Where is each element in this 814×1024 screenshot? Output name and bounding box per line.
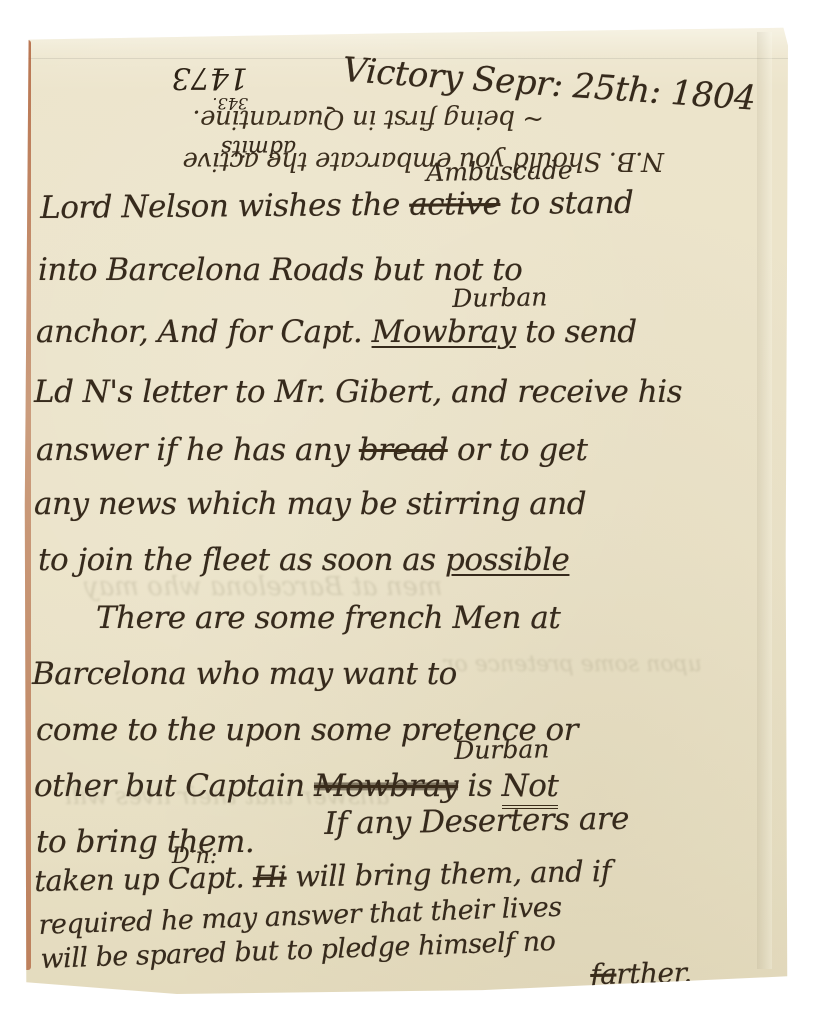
line-text: to stand xyxy=(500,185,633,222)
interlinear-insert-durban: Durban xyxy=(454,734,550,765)
red-paper-edge xyxy=(24,40,31,970)
struck-word: Mowbray xyxy=(372,314,516,350)
inverted-insert-word: admits xyxy=(221,135,296,160)
interlinear-insert-durban: Durban xyxy=(452,282,548,313)
docket-large-number: 1473 xyxy=(128,64,248,90)
line-text: is xyxy=(458,768,502,804)
letter-line: other but Captain Mowbray is Not xyxy=(34,768,558,804)
interlinear-insert-ambuscade: Ambuscade xyxy=(426,155,573,187)
letter-line: Ld N's letter to Mr. Gibert, and receive… xyxy=(34,374,682,410)
letter-line: any news which may be stirring and xyxy=(34,486,586,522)
letter-line: Barcelona who may want to xyxy=(32,656,457,692)
line-text: rther. xyxy=(616,956,692,990)
struck-word-heavy: Mowbray xyxy=(314,768,458,804)
show-through-mark: upon some pretence or xyxy=(444,652,702,677)
fold-crease-top xyxy=(24,12,788,59)
letter-line: to bring them. xyxy=(36,824,254,860)
letter-page: men at Barcelona who may answer that the… xyxy=(24,12,788,998)
letter-line: If any Deserters are xyxy=(324,801,629,842)
nb-line: ~ being first in Quarantine. xyxy=(38,98,664,140)
line-text: to join the fleet as soon as xyxy=(38,542,445,578)
underlined-word: possible xyxy=(445,542,569,578)
letter-line: There are some french Men at xyxy=(96,600,560,636)
letter-line: Lord Nelson wishes the active to stand xyxy=(40,185,633,226)
struck-word: Hi xyxy=(253,860,287,895)
letter-line: to join the fleet as soon as possible xyxy=(38,542,569,578)
struck-letters: fa xyxy=(590,958,617,991)
letter-line-last-word: farther. xyxy=(590,956,692,991)
line-text: will bring them, and if xyxy=(286,854,611,894)
struck-word: bread xyxy=(359,432,448,468)
line-text: taken up Capt. xyxy=(34,860,253,898)
line-text: answer if he has any xyxy=(36,432,359,468)
fold-crease-right xyxy=(757,32,772,969)
letter-line: into Barcelona Roads but not to xyxy=(38,252,522,288)
line-text: to send xyxy=(516,314,637,350)
line-text: anchor, And for Capt. xyxy=(36,314,372,350)
line-text: or to get xyxy=(448,432,588,468)
letter-photograph: men at Barcelona who may answer that the… xyxy=(0,0,814,1024)
line-text: other but Captain xyxy=(34,768,314,804)
letter-line: answer if he has any bread or to get xyxy=(36,432,588,468)
letter-line: anchor, And for Capt. Mowbray to send xyxy=(36,314,637,350)
line-text: Lord Nelson wishes the xyxy=(40,187,409,226)
struck-word: active xyxy=(409,186,500,223)
